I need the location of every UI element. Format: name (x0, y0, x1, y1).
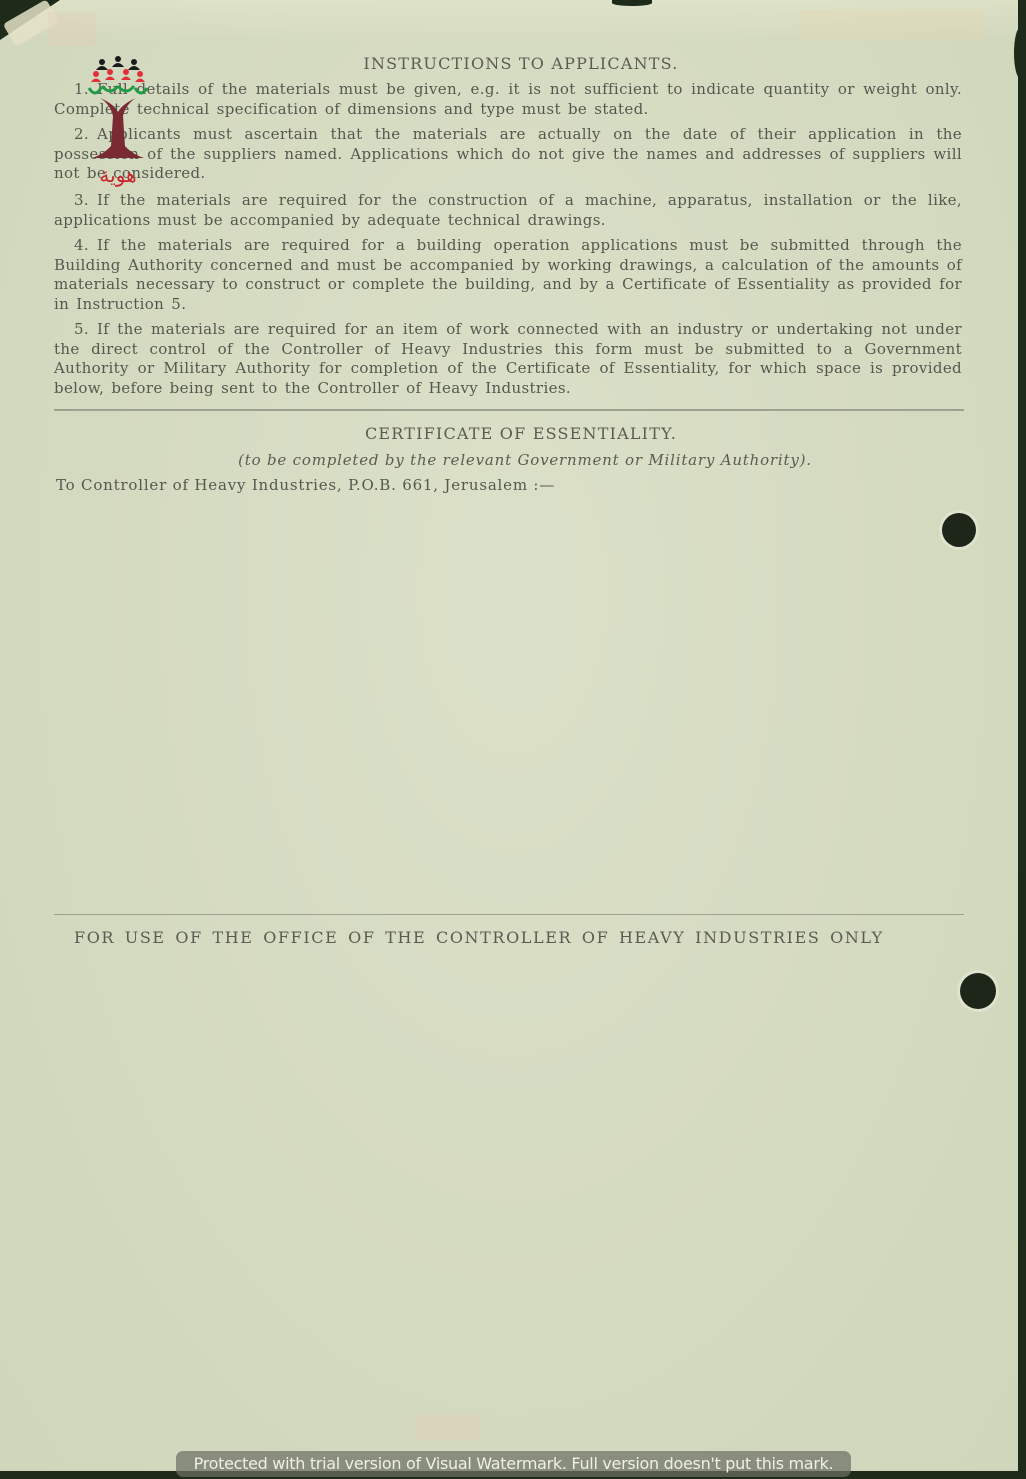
instruction-item: 5.If the materials are required for an i… (54, 320, 962, 398)
trial-watermark-banner: Protected with trial version of Visual W… (176, 1451, 851, 1477)
instruction-text: If the materials are required for the co… (54, 191, 962, 229)
instruction-item: 4.If the materials are required for a bu… (54, 236, 962, 314)
instruction-text: Applicants must ascertain that the mater… (54, 125, 962, 182)
instruction-item: 1.Full details of the materials must be … (54, 80, 962, 119)
office-use-blank-area[interactable] (54, 955, 964, 1425)
tree-people-logo-icon: هوية (86, 54, 150, 190)
scan-artifact (800, 10, 985, 40)
svg-text:هوية: هوية (99, 163, 136, 187)
instruction-text: If the materials are required for a buil… (54, 236, 962, 313)
instruction-number: 3. (54, 191, 97, 209)
section-divider (54, 409, 964, 411)
instruction-text: Full details of the materials must be gi… (54, 80, 962, 118)
instructions-title: INSTRUCTIONS TO APPLICANTS. (8, 54, 1026, 73)
instruction-item: 2.Applicants must ascertain that the mat… (54, 125, 962, 184)
instruction-item: 3.If the materials are required for the … (54, 191, 962, 230)
scan-artifact (48, 12, 96, 46)
office-use-title: FOR USE OF THE OFFICE OF THE CONTROLLER … (74, 928, 884, 947)
page-edge-notch (612, 0, 652, 6)
instruction-number: 5. (54, 320, 97, 338)
certificate-blank-area[interactable] (54, 500, 964, 905)
certificate-title: CERTIFICATE OF ESSENTIALITY. (8, 424, 1026, 443)
certificate-subtitle: (to be completed by the relevant Governm… (12, 451, 1026, 469)
instruction-number: 4. (54, 236, 97, 254)
certificate-addressee: To Controller of Heavy Industries, P.O.B… (56, 476, 555, 494)
punch-hole (960, 973, 996, 1009)
section-divider (54, 914, 964, 915)
document-page: INSTRUCTIONS TO APPLICANTS. 1.Full detai… (0, 0, 1026, 1479)
page-edge-right (1018, 0, 1026, 1479)
instruction-text: If the materials are required for an ite… (54, 320, 962, 397)
